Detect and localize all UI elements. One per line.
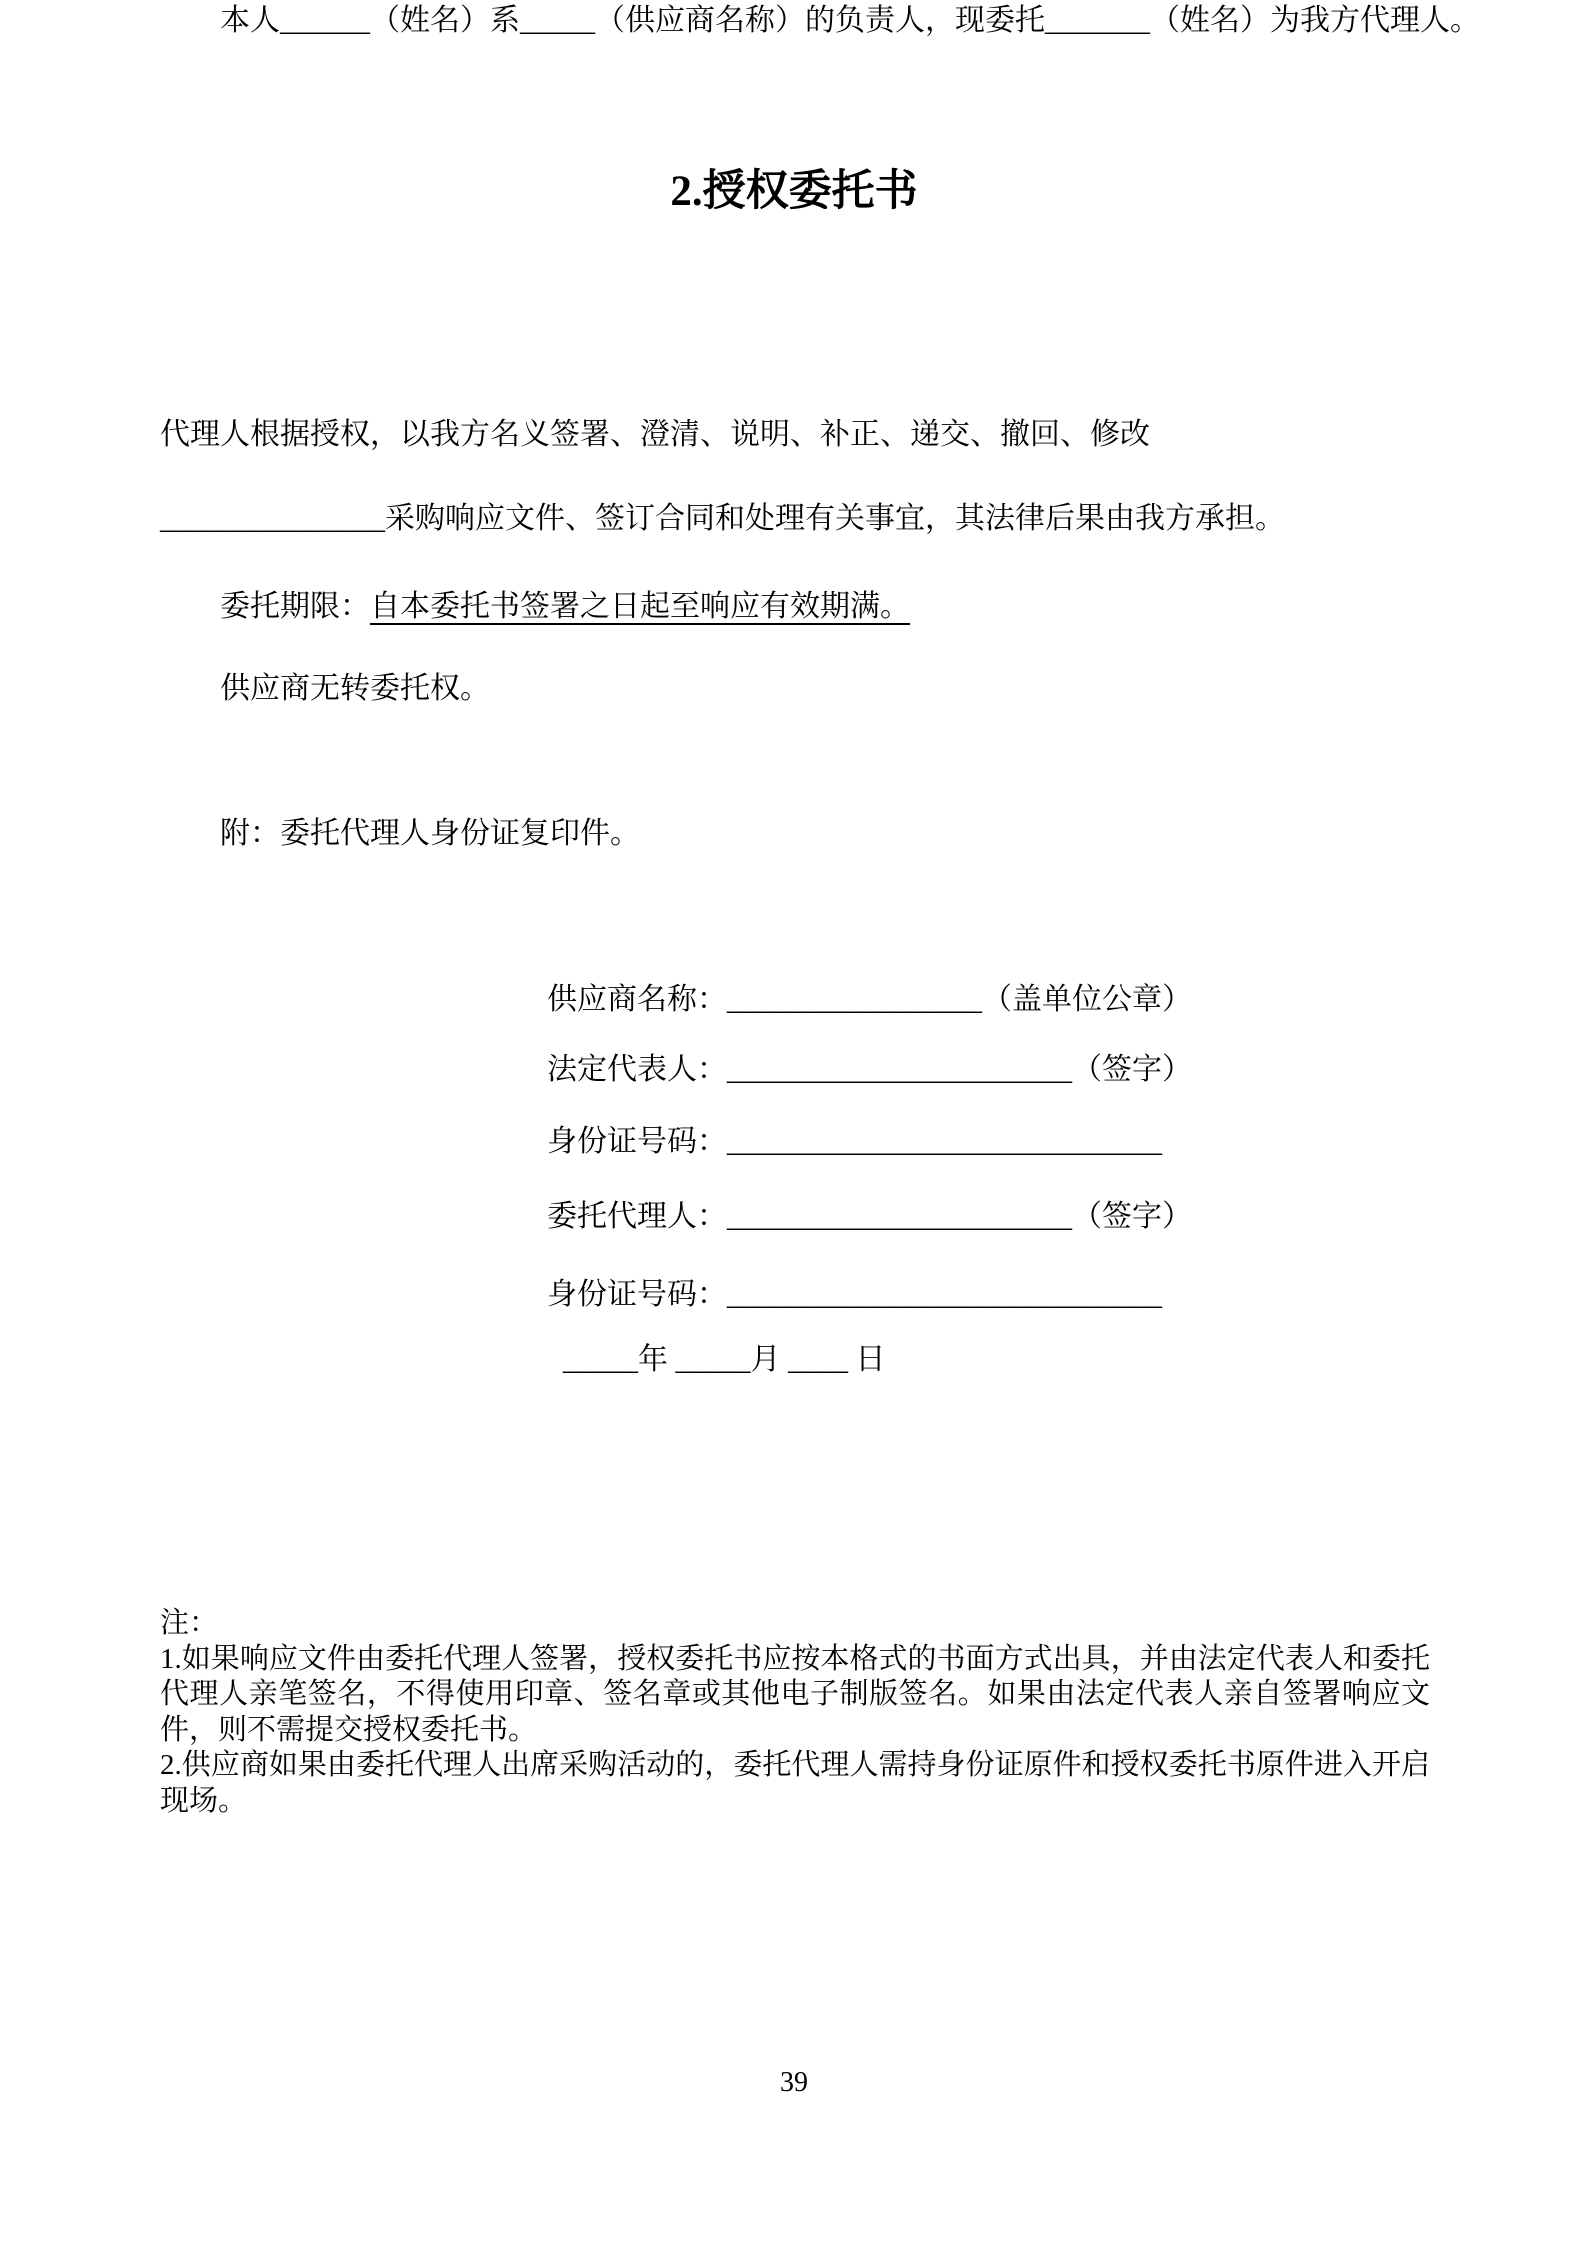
document-page: 2.授权委托书 本人______（姓名）系_____（供应商名称）的负责人，现委… — [0, 0, 1588, 2246]
form-row-id-number-1: 身份证号码：_____________________________ — [547, 1122, 1162, 1162]
form-row-supplier-name: 供应商名称：_________________（盖单位公章） — [547, 980, 1192, 1020]
notes-section: 注： 1.如果响应文件由委托代理人签署，授权委托书应按本格式的书面方式出具，并由… — [160, 1606, 1430, 1819]
body-paragraph-line-1: 本人______（姓名）系_____（供应商名称）的负责人，现委托_______… — [160, 0, 1428, 42]
page-title: 2.授权委托书 — [0, 164, 1588, 220]
term-line: 委托期限：自本委托书签署之日起至响应有效期满。 — [160, 586, 1428, 628]
form-row-id-number-2: 身份证号码：_____________________________ — [547, 1275, 1162, 1315]
form-row-authorized-agent: 委托代理人：_______________________（签字） — [547, 1197, 1192, 1237]
term-underlined-text: 自本委托书签署之日起至响应有效期满。 — [370, 590, 910, 623]
body-paragraph-line-3: _______________采购响应文件、签订合同和处理有关事宜，其法律后果由… — [160, 498, 1428, 540]
page-number: 39 — [0, 2066, 1588, 2100]
no-delegation-line: 供应商无转委托权。 — [160, 668, 1428, 710]
form-row-legal-representative: 法定代表人：_______________________（签字） — [547, 1050, 1192, 1090]
note-item-2: 2.供应商如果由委托代理人出席采购活动的，委托代理人需持身份证原件和授权委托书原… — [160, 1748, 1430, 1819]
term-label: 委托期限： — [220, 590, 370, 623]
notes-heading: 注： — [160, 1606, 1430, 1642]
note-item-1: 1.如果响应文件由委托代理人签署，授权委托书应按本格式的书面方式出具，并由法定代… — [160, 1642, 1430, 1749]
attachment-line: 附：委托代理人身份证复印件。 — [160, 813, 1428, 855]
body-paragraph-line-2: 代理人根据授权，以我方名义签署、澄清、说明、补正、递交、撤回、修改 — [160, 414, 1428, 456]
form-row-date: _____年 _____月 ____ 日 — [563, 1340, 886, 1380]
